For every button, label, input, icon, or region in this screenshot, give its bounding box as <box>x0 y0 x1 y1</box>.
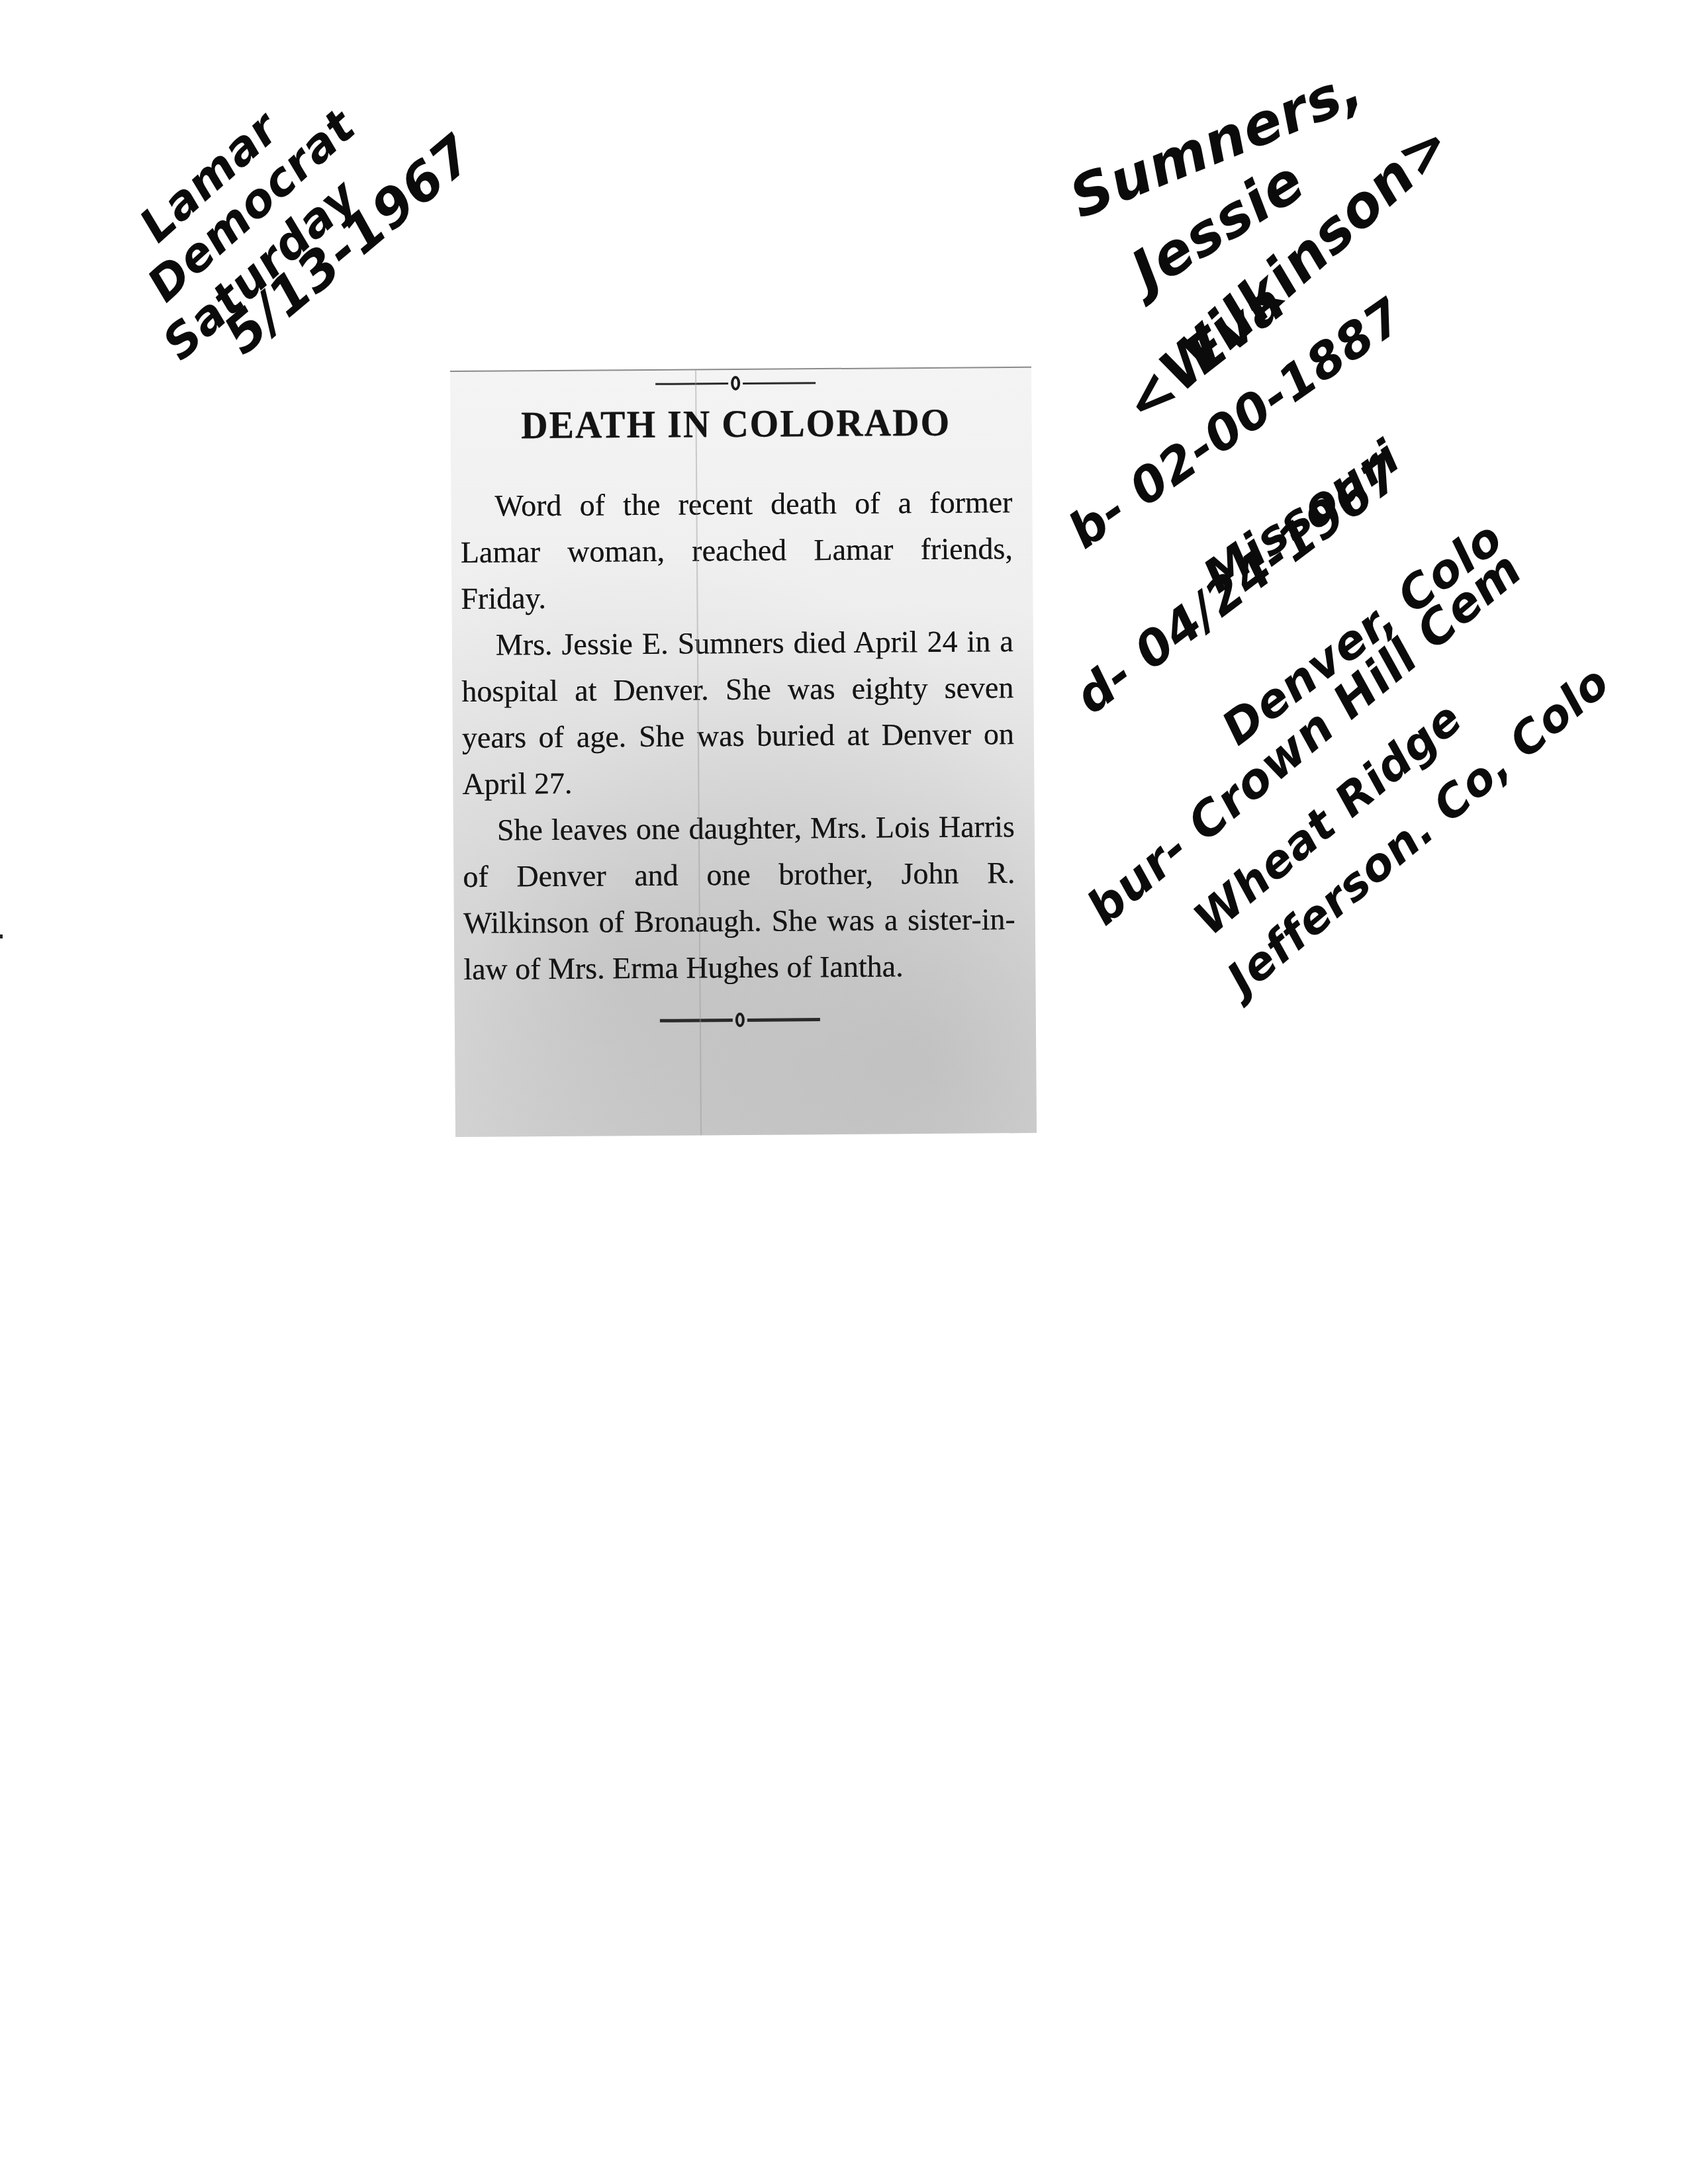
bottom-divider <box>464 1007 1016 1032</box>
top-divider <box>459 371 1011 396</box>
divider-circle-icon <box>731 376 740 390</box>
clipping-headline: DEATH IN COLORADO <box>459 400 1011 448</box>
scanned-page: Lamar Democrat Saturday 5/13-1967 Sumner… <box>0 0 1688 2184</box>
divider-bar <box>743 382 816 385</box>
clipping-paragraph: She leaves one daughter, Mrs. Lois Harri… <box>463 803 1016 993</box>
scan-edge-mark <box>0 934 3 938</box>
divider-bar <box>660 1019 733 1023</box>
divider-circle-icon <box>735 1013 745 1027</box>
clipping-paragraph: Word of the recent death of a former Lam… <box>460 479 1013 622</box>
clipping-paragraph: Mrs. Jessie E. Sumners died April 24 in … <box>461 618 1015 807</box>
divider-bar <box>655 383 728 385</box>
divider-bar <box>747 1018 820 1022</box>
newspaper-clipping: DEATH IN COLORADO Word of the recent dea… <box>450 367 1037 1137</box>
clipping-body: Word of the recent death of a former Lam… <box>460 479 1015 993</box>
